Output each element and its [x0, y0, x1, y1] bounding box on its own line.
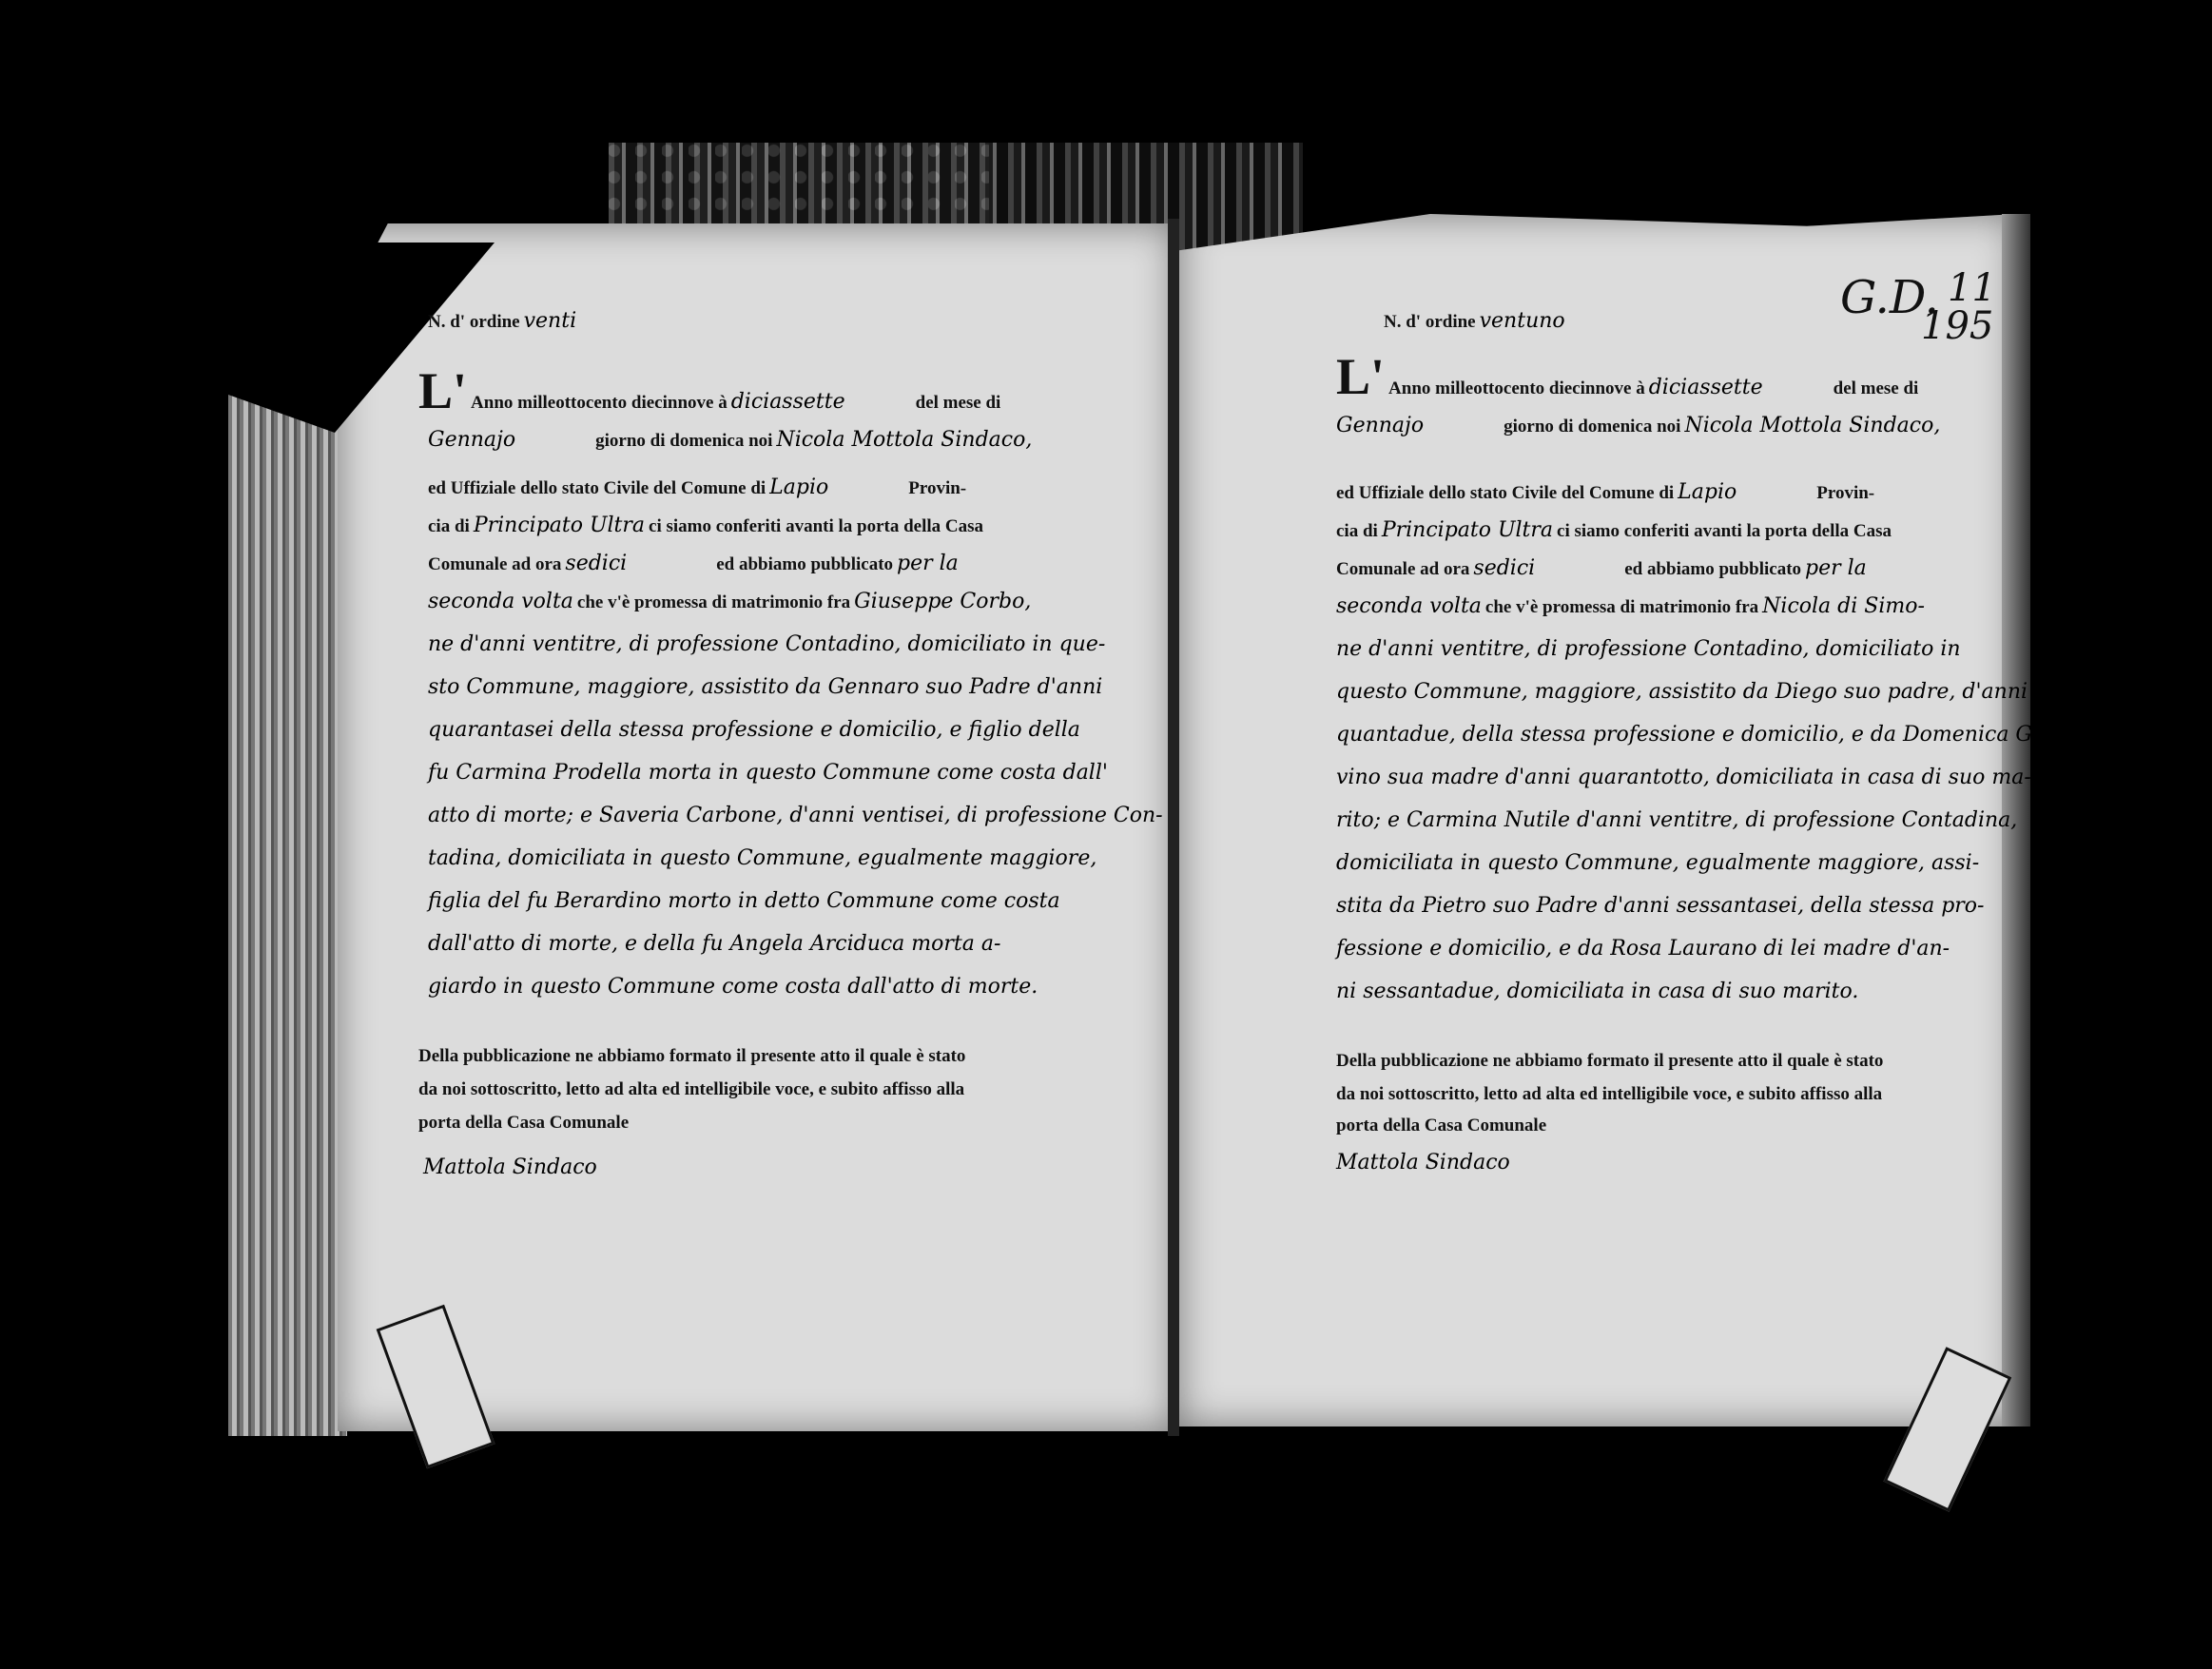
closing-line: Della pubblicazione ne abbiamo formato i…: [418, 1046, 965, 1067]
closing-line: Della pubblicazione ne abbiamo formato i…: [1336, 1051, 1883, 1072]
record-line-6: seconda volta che v'è promessa di matrim…: [1336, 594, 1925, 618]
handwritten-line: sto Commune, maggiore, assistito da Genn…: [428, 675, 1102, 699]
record-line-4: cia di Principato Ultra ci siamo conferi…: [1336, 518, 1892, 542]
record-line-3: ed Uffiziale dello stato Civile del Comu…: [1336, 480, 1874, 504]
record-line-2: Gennajo giorno di domenica noi Nicola Mo…: [428, 428, 1032, 452]
handwritten-line: vino sua madre d'anni quarantotto, domic…: [1336, 766, 2031, 789]
record-line-1: L' Anno milleottocento diecinnove à dici…: [418, 361, 1000, 420]
handwritten-line: questo Commune, maggiore, assistito da D…: [1336, 680, 2073, 704]
closing-line: porta della Casa Comunale: [1336, 1116, 1546, 1136]
record-line-5: Comunale ad ora sedici ed abbiamo pubbli…: [1336, 556, 1867, 580]
closing-line: da noi sottoscritto, letto ad alta ed in…: [1336, 1084, 1882, 1105]
record-line-1: L' Anno milleottocento diecinnove à dici…: [1336, 347, 1918, 406]
signature: Mattola Sindaco: [1336, 1151, 1510, 1174]
record-line-4: cia di Principato Ultra ci siamo conferi…: [428, 514, 983, 537]
handwritten-line: ni sessantadue, domiciliata in casa di s…: [1336, 980, 1858, 1003]
record-line-5: Comunale ad ora sedici ed abbiamo pubbli…: [428, 552, 959, 575]
handwritten-line: stita da Pietro suo Padre d'anni sessant…: [1336, 894, 1984, 918]
handwritten-line: dall'atto di morte, e della fu Angela Ar…: [428, 932, 1000, 956]
handwritten-line: quarantasei della stessa professione e d…: [428, 718, 1080, 742]
handwritten-line: figlia del fu Berardino morto in detto C…: [428, 889, 1060, 913]
handwritten-line: fu Carmina Prodella morta in questo Comm…: [428, 761, 1108, 785]
record-line-2: Gennajo giorno di domenica noi Nicola Mo…: [1336, 414, 1940, 437]
handwritten-line: tadina, domiciliata in questo Commune, e…: [428, 846, 1096, 870]
handwritten-line: atto di morte; e Saveria Carbone, d'anni…: [428, 804, 1163, 827]
handwritten-line: fessione e domicilio, e da Rosa Laurano …: [1336, 937, 1950, 961]
order-number: N. d' ordine ventuno: [1384, 309, 1565, 333]
order-number: N. d' ordine venti: [428, 309, 576, 333]
handwritten-line: ne d'anni ventitre, di professione Conta…: [1336, 637, 1961, 661]
book-gutter: [1168, 219, 1179, 1436]
handwritten-line: rito; e Carmina Nutile d'anni ventitre, …: [1336, 808, 2017, 832]
closing-line: da noi sottoscritto, letto ad alta ed in…: [418, 1079, 964, 1100]
handwritten-line: ne d'anni ventitre, di professione Conta…: [428, 632, 1105, 656]
record-line-6: seconda volta che v'è promessa di matrim…: [428, 590, 1031, 613]
handwritten-line: domiciliata in questo Commune, egualment…: [1336, 851, 1979, 875]
handwritten-line: quantadue, della stessa professione e do…: [1336, 723, 2074, 747]
record-line-3: ed Uffiziale dello stato Civile del Comu…: [428, 475, 966, 499]
page-number: 195: [1921, 304, 1993, 348]
handwritten-line: giardo in questo Commune come costa dall…: [428, 975, 1038, 999]
closing-line: porta della Casa Comunale: [418, 1113, 629, 1134]
signature: Mattola Sindaco: [423, 1155, 597, 1179]
